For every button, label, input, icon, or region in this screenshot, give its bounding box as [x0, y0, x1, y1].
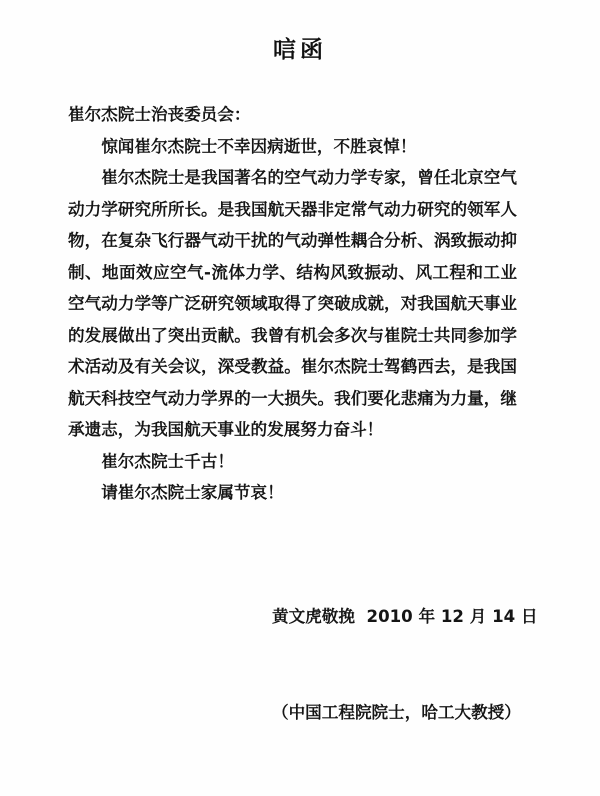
signature-name-date: 黄文虎敬挽 2010 年 12 月 14 日	[272, 601, 538, 633]
letter-paragraph-condolence: 请崔尔杰院士家属节哀！	[68, 477, 517, 509]
letter-paragraph-main: 崔尔杰院士是我国著名的空气动力学专家，曾任北京空气动力学研究所所长。是我国航天器…	[68, 162, 517, 446]
letter-paragraph-opening: 惊闻崔尔杰院士不幸因病逝世，不胜哀悼！	[68, 131, 517, 163]
signature-block: 黄文虎敬挽 2010 年 12 月 14 日 （中国工程院院士，哈工大教授）	[272, 537, 538, 793]
signature-affiliation: （中国工程院院士，哈工大教授）	[272, 697, 538, 729]
document-title: 唁函	[0, 31, 600, 64]
letter-body: 崔尔杰院士治丧委员会： 惊闻崔尔杰院士不幸因病逝世，不胜哀悼！ 崔尔杰院士是我国…	[68, 99, 517, 509]
letter-page: 唁函 崔尔杰院士治丧委员会： 惊闻崔尔杰院士不幸因病逝世，不胜哀悼！ 崔尔杰院士…	[0, 0, 600, 796]
recipient-salutation: 崔尔杰院士治丧委员会：	[68, 99, 517, 131]
letter-paragraph-tribute: 崔尔杰院士千古！	[68, 446, 517, 478]
